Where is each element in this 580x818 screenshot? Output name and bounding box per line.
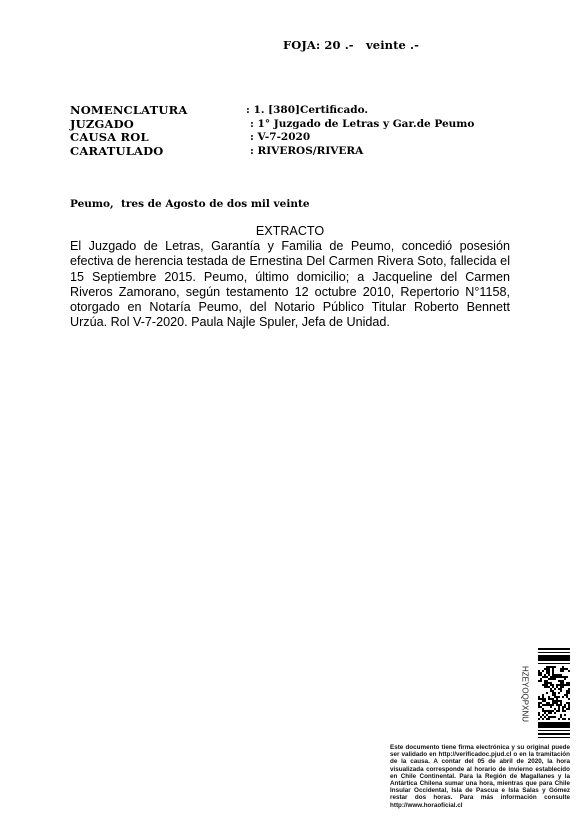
extracto-body: El Juzgado de Letras, Garantía y Familia… (70, 239, 510, 331)
place-and-date: Peumo, tres de Agosto de dos mil veinte (70, 198, 310, 210)
header-value: : 1. [380]Certificado. (246, 104, 368, 118)
header-value: : RIVEROS/RIVERA (250, 145, 363, 159)
foja-number: FOJA: 20 .- veinte .- (283, 38, 419, 52)
header-value: : 1° Juzgado de Letras y Gar.de Peumo (250, 118, 474, 132)
extracto-title: EXTRACTO (70, 224, 510, 239)
header-label: NOMENCLATURA (70, 104, 188, 118)
header-label: CAUSA ROL (70, 131, 149, 145)
header-label: CARATULADO (70, 145, 164, 159)
header-value: : V-7-2020 (250, 131, 310, 145)
header-label: JUZGADO (70, 118, 134, 132)
foja-label: FOJA: 20 .- (283, 38, 354, 52)
foja-words: veinte .- (366, 38, 419, 52)
qr-code-icon (512, 646, 572, 742)
verification-footnote: Este documento tiene firma electrónica y… (390, 744, 570, 809)
